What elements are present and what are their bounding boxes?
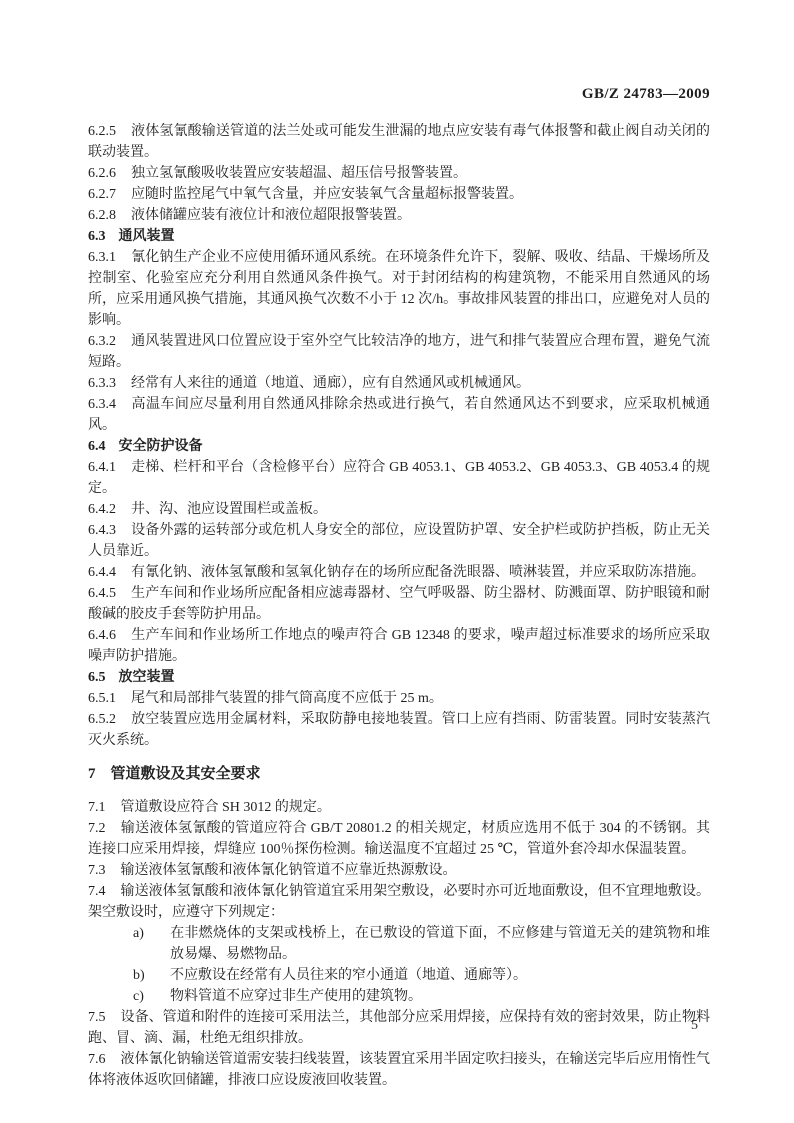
clause-number: 6.4.5 xyxy=(88,586,116,601)
clause-6.4.4: 6.4.4有氰化钠、液体氢氰酸和氢氧化钠存在的场所应配备洗眼器、喷淋装置，并应采… xyxy=(88,562,710,583)
clause-6.4.5: 6.4.5生产车间和作业场所应配备相应滤毒器材、空气呼吸器、防尘器材、防溅面罩、… xyxy=(88,583,710,625)
clause-text: 通风装置进风口位置应设于室外空气比较洁净的地方，进气和排气装置应合理布置，避免气… xyxy=(88,334,710,370)
clause-text: 生产车间和作业场所工作地点的噪声符合 GB 12348 的要求，噪声超过标准要求… xyxy=(88,628,710,664)
clause-text: 生产车间和作业场所应配备相应滤毒器材、空气呼吸器、防尘器材、防溅面罩、防护眼镜和… xyxy=(88,586,710,622)
clause-text: 输送液体氢氰酸的管道应符合 GB/T 20801.2 的相关规定，材质应选用不低… xyxy=(88,821,710,857)
clause-6.5.1: 6.5.1尾气和局部排气装置的排气筒高度不应低于 25 m。 xyxy=(88,688,710,709)
list-item-b: b)不应敷设在经常有人员往来的窄小通道（地道、通廊等）。 xyxy=(88,965,710,986)
clause-text: 安全防护设备 xyxy=(119,439,203,454)
clause-6.4.2: 6.4.2井、沟、池应设置围栏或盖板。 xyxy=(88,499,710,520)
standard-document-page: GB/Z 24783—2009 6.2.5液体氢氰酸输送管道的法兰处或可能发生泄… xyxy=(0,0,794,1123)
clause-number: 6.3.1 xyxy=(88,250,116,265)
clause-7.4: 7.4输送液体氢氰酸和液体氰化钠管道宜采用架空敷设，必要时亦可近地面敷设，但不宜… xyxy=(88,881,710,923)
clause-number: 7 xyxy=(88,766,96,782)
clause-6.3.1: 6.3.1氰化钠生产企业不应使用循环通风系统。在环境条件允许下，裂解、吸收、结晶… xyxy=(88,247,710,331)
clause-number: 6.4 xyxy=(88,439,106,454)
clause-text: 设备外露的运转部分或危机人身安全的部位，应设置防护罩、安全护栏或防护挡板，防止无… xyxy=(88,523,710,559)
clause-6.2.5: 6.2.5液体氢氰酸输送管道的法兰处或可能发生泄漏的地点应安装有毒气体报警和截止… xyxy=(88,121,710,163)
clause-6.2.7: 6.2.7应随时监控尾气中氧气含量，并应安装氧气含量超标报警装置。 xyxy=(88,184,710,205)
clause-number: 7.5 xyxy=(88,1010,106,1025)
clause-number: 6.4.3 xyxy=(88,523,116,538)
clause-text: 管道敷设及其安全要求 xyxy=(111,766,261,782)
clause-text: 经常有人来往的通道（地道、通廊），应有自然通风或机械通风。 xyxy=(131,376,530,391)
clause-6.2.6: 6.2.6独立氢氰酸吸收装置应安装超温、超压信号报警装置。 xyxy=(88,163,710,184)
list-marker: a) xyxy=(133,923,170,944)
clause-number: 6.4.4 xyxy=(88,565,116,580)
clause-number: 7.6 xyxy=(88,1052,106,1067)
heading-6.3: 6.3通风装置 xyxy=(88,226,710,247)
clause-text: 输送液体氢氰酸和液体氰化钠管道不应靠近热源敷设。 xyxy=(121,863,457,878)
clause-text: 氰化钠生产企业不应使用循环通风系统。在环境条件允许下，裂解、吸收、结晶、干燥场所… xyxy=(88,250,710,328)
clause-6.5.2: 6.5.2放空装置应选用金属材料，采取防静电接地装置。管口上应有挡雨、防雷装置。… xyxy=(88,709,710,751)
clause-7.2: 7.2输送液体氢氰酸的管道应符合 GB/T 20801.2 的相关规定，材质应选… xyxy=(88,818,710,860)
document-code-header: GB/Z 24783—2009 xyxy=(582,86,710,103)
heading-6.4: 6.4安全防护设备 xyxy=(88,436,710,457)
clause-text: 液体氰化钠输送管道需安装扫线装置，该装置宜采用半固定吹扫接头，在输送完毕后应用惰… xyxy=(88,1052,710,1088)
clause-text: 液体储罐应装有液位计和液位超限报警装置。 xyxy=(131,208,411,223)
clause-text: 放空装置 xyxy=(119,670,175,685)
clause-6.3.4: 6.3.4高温车间应尽量利用自然通风排除余热或进行换气，若自然通风达不到要求，应… xyxy=(88,394,710,436)
clause-text: 放空装置应选用金属材料，采取防静电接地装置。管口上应有挡雨、防雷装置。同时安装蒸… xyxy=(88,712,710,748)
clause-text: 走梯、栏杆和平台（含检修平台）应符合 GB 4053.1、GB 4053.2、G… xyxy=(88,460,710,496)
clause-number: 6.2.6 xyxy=(88,166,116,181)
clause-text: 独立氢氰酸吸收装置应安装超温、超压信号报警装置。 xyxy=(131,166,467,181)
list-item-text: 不应敷设在经常有人员往来的窄小通道（地道、通廊等）。 xyxy=(170,968,527,983)
list-item-text: 在非燃烧体的支架或栈桥上，在已敷设的管道下面，不应修建与管道无关的建筑物和堆放易… xyxy=(170,926,710,962)
clause-number: 6.3 xyxy=(88,229,106,244)
clause-number: 6.2.7 xyxy=(88,187,116,202)
clause-6.4.3: 6.4.3设备外露的运转部分或危机人身安全的部位，应设置防护罩、安全护栏或防护挡… xyxy=(88,520,710,562)
clause-text: 液体氢氰酸输送管道的法兰处或可能发生泄漏的地点应安装有毒气体报警和截止阀自动关闭… xyxy=(88,124,710,160)
clause-number: 7.1 xyxy=(88,800,106,815)
clause-number: 6.3.4 xyxy=(88,397,116,412)
clause-number: 6.4.6 xyxy=(88,628,116,643)
clause-number: 6.3.2 xyxy=(88,334,116,349)
clause-6.4.1: 6.4.1走梯、栏杆和平台（含检修平台）应符合 GB 4053.1、GB 405… xyxy=(88,457,710,499)
heading-7: 7管道敷设及其安全要求 xyxy=(88,764,710,785)
clause-text: 应随时监控尾气中氧气含量，并应安装氧气含量超标报警装置。 xyxy=(131,187,523,202)
list-marker: b) xyxy=(133,965,170,986)
clause-number: 7.3 xyxy=(88,863,106,878)
clause-number: 6.5.1 xyxy=(88,691,116,706)
document-body: 6.2.5液体氢氰酸输送管道的法兰处或可能发生泄漏的地点应安装有毒气体报警和截止… xyxy=(88,121,710,1091)
clause-number: 7.2 xyxy=(88,821,106,836)
clause-7.5: 7.5设备、管道和附件的连接可采用法兰，其他部分应采用焊接，应保持有效的密封效果… xyxy=(88,1007,710,1049)
clause-6.4.6: 6.4.6生产车间和作业场所工作地点的噪声符合 GB 12348 的要求，噪声超… xyxy=(88,625,710,667)
list-item-c: c)物料管道不应穿过非生产使用的建筑物。 xyxy=(88,986,710,1007)
clause-6.3.3: 6.3.3经常有人来往的通道（地道、通廊），应有自然通风或机械通风。 xyxy=(88,373,710,394)
clause-text: 管道敷设应符合 SH 3012 的规定。 xyxy=(121,800,331,815)
clause-text: 通风装置 xyxy=(119,229,175,244)
clause-number: 6.2.5 xyxy=(88,124,116,139)
clause-number: 6.3.3 xyxy=(88,376,116,391)
clause-text: 高温车间应尽量利用自然通风排除余热或进行换气，若自然通风达不到要求，应采取机械通… xyxy=(88,397,710,433)
list-marker: c) xyxy=(133,986,170,1007)
clause-7.3: 7.3输送液体氢氰酸和液体氰化钠管道不应靠近热源敷设。 xyxy=(88,860,710,881)
clause-text: 有氰化钠、液体氢氰酸和氢氧化钠存在的场所应配备洗眼器、喷淋装置，并应采取防冻措施… xyxy=(131,565,705,580)
clause-7.6: 7.6液体氰化钠输送管道需安装扫线装置，该装置宜采用半固定吹扫接头，在输送完毕后… xyxy=(88,1049,710,1091)
clause-number: 6.4.2 xyxy=(88,502,116,517)
clause-number: 6.4.1 xyxy=(88,460,116,475)
clause-number: 6.2.8 xyxy=(88,208,116,223)
list-item-text: 物料管道不应穿过非生产使用的建筑物。 xyxy=(170,989,422,1004)
clause-6.3.2: 6.3.2通风装置进风口位置应设于室外空气比较洁净的地方，进气和排气装置应合理布… xyxy=(88,331,710,373)
heading-6.5: 6.5放空装置 xyxy=(88,667,710,688)
clause-number: 7.4 xyxy=(88,884,106,899)
clause-text: 井、沟、池应设置围栏或盖板。 xyxy=(131,502,327,517)
clause-text: 设备、管道和附件的连接可采用法兰，其他部分应采用焊接，应保持有效的密封效果，防止… xyxy=(88,1010,710,1046)
clause-text: 尾气和局部排气装置的排气筒高度不应低于 25 m。 xyxy=(131,691,443,706)
clause-6.2.8: 6.2.8液体储罐应装有液位计和液位超限报警装置。 xyxy=(88,205,710,226)
page-number: 5 xyxy=(691,1018,698,1034)
clause-7.1: 7.1管道敷设应符合 SH 3012 的规定。 xyxy=(88,797,710,818)
clause-number: 6.5.2 xyxy=(88,712,116,727)
list-item-a: a)在非燃烧体的支架或栈桥上，在已敷设的管道下面，不应修建与管道无关的建筑物和堆… xyxy=(88,923,710,965)
clause-text: 输送液体氢氰酸和液体氰化钠管道宜采用架空敷设，必要时亦可近地面敷设，但不宜理地敷… xyxy=(88,884,710,920)
clause-number: 6.5 xyxy=(88,670,106,685)
